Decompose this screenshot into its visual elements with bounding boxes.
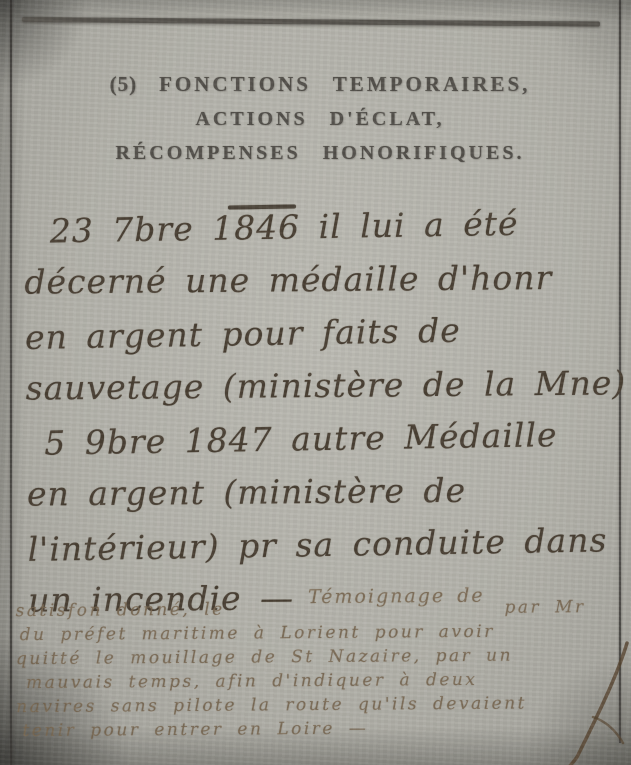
header-title-3: RÉCOMPENSES HONORIFIQUES. [115,142,524,164]
manuscript-text: sauvetage (ministère de la Mne) [26,363,627,407]
faded-text-right: par Mr [504,595,585,620]
manuscript-text: 5 9bre 1847 autre Médaille [44,415,558,463]
header-title-2: ACTIONS D'ÉCLAT, [195,108,444,130]
faded-annotation-block: satisfon donné, le par Mr du préfet mari… [16,595,617,743]
faded-text: navires sans pilote la route qu'ils deva… [16,692,527,720]
document-scan-page: (5)FONCTIONS TEMPORAIRES, ACTIONS D'ÉCLA… [0,0,631,765]
manuscript-text: 23 7bre 1846 il lui a été [49,204,518,251]
faded-text: mauvais temps, afin d'indiquer à deux [26,668,478,695]
header-line-1: (5)FONCTIONS TEMPORAIRES, [40,72,600,97]
manuscript-text: décerné une médaille d'honr [24,258,552,302]
manuscript-line-5: 5 9bre 1847 autre Médaille [26,407,623,470]
manuscript-line-4: sauvetage (ministère de la Mne) [25,356,621,414]
manuscript-line-1: 23 7bre 1846 il lui a été [23,195,620,258]
faded-line-6: tenir pour entrer en Loire — [16,715,616,743]
faded-line-5: navires sans pilote la route qu'ils deva… [16,691,616,719]
manuscript-line-2: décerné une médaille d'honr [24,250,620,308]
manuscript-text: en argent (ministère de [27,471,466,514]
manuscript-line-6: en argent (ministère de [27,462,623,520]
header-line-2: ACTIONS D'ÉCLAT, [40,108,600,131]
left-margin-rule [10,0,12,765]
faded-text: du préfet maritime à Lorient pour avoir [20,620,495,647]
printed-section-header: (5)FONCTIONS TEMPORAIRES, ACTIONS D'ÉCLA… [40,72,600,165]
manuscript-text: en argent pour faits de [25,311,461,357]
manuscript-line-3: en argent pour faits de [25,301,622,364]
faded-text: tenir pour entrer en Loire — [22,717,368,743]
top-divider-rule [22,17,600,27]
header-line-3: RÉCOMPENSES HONORIFIQUES. [40,142,600,165]
header-title-1: FONCTIONS TEMPORAIRES, [159,72,530,96]
handwritten-entry: 23 7bre 1846 il lui a été décerné une mé… [23,196,624,627]
faded-text: quitté le mouillage de St Nazaire, par u… [16,644,513,671]
faded-text: satisfon donné, le [16,598,225,623]
faded-line-1: satisfon donné, le par Mr [16,595,616,623]
manuscript-line-7: l'intérieur) pr sa conduite dans [27,513,624,576]
ink-flourish [531,625,631,765]
section-number: (5) [110,72,138,96]
manuscript-text: l'intérieur) pr sa conduite dans [27,520,607,569]
